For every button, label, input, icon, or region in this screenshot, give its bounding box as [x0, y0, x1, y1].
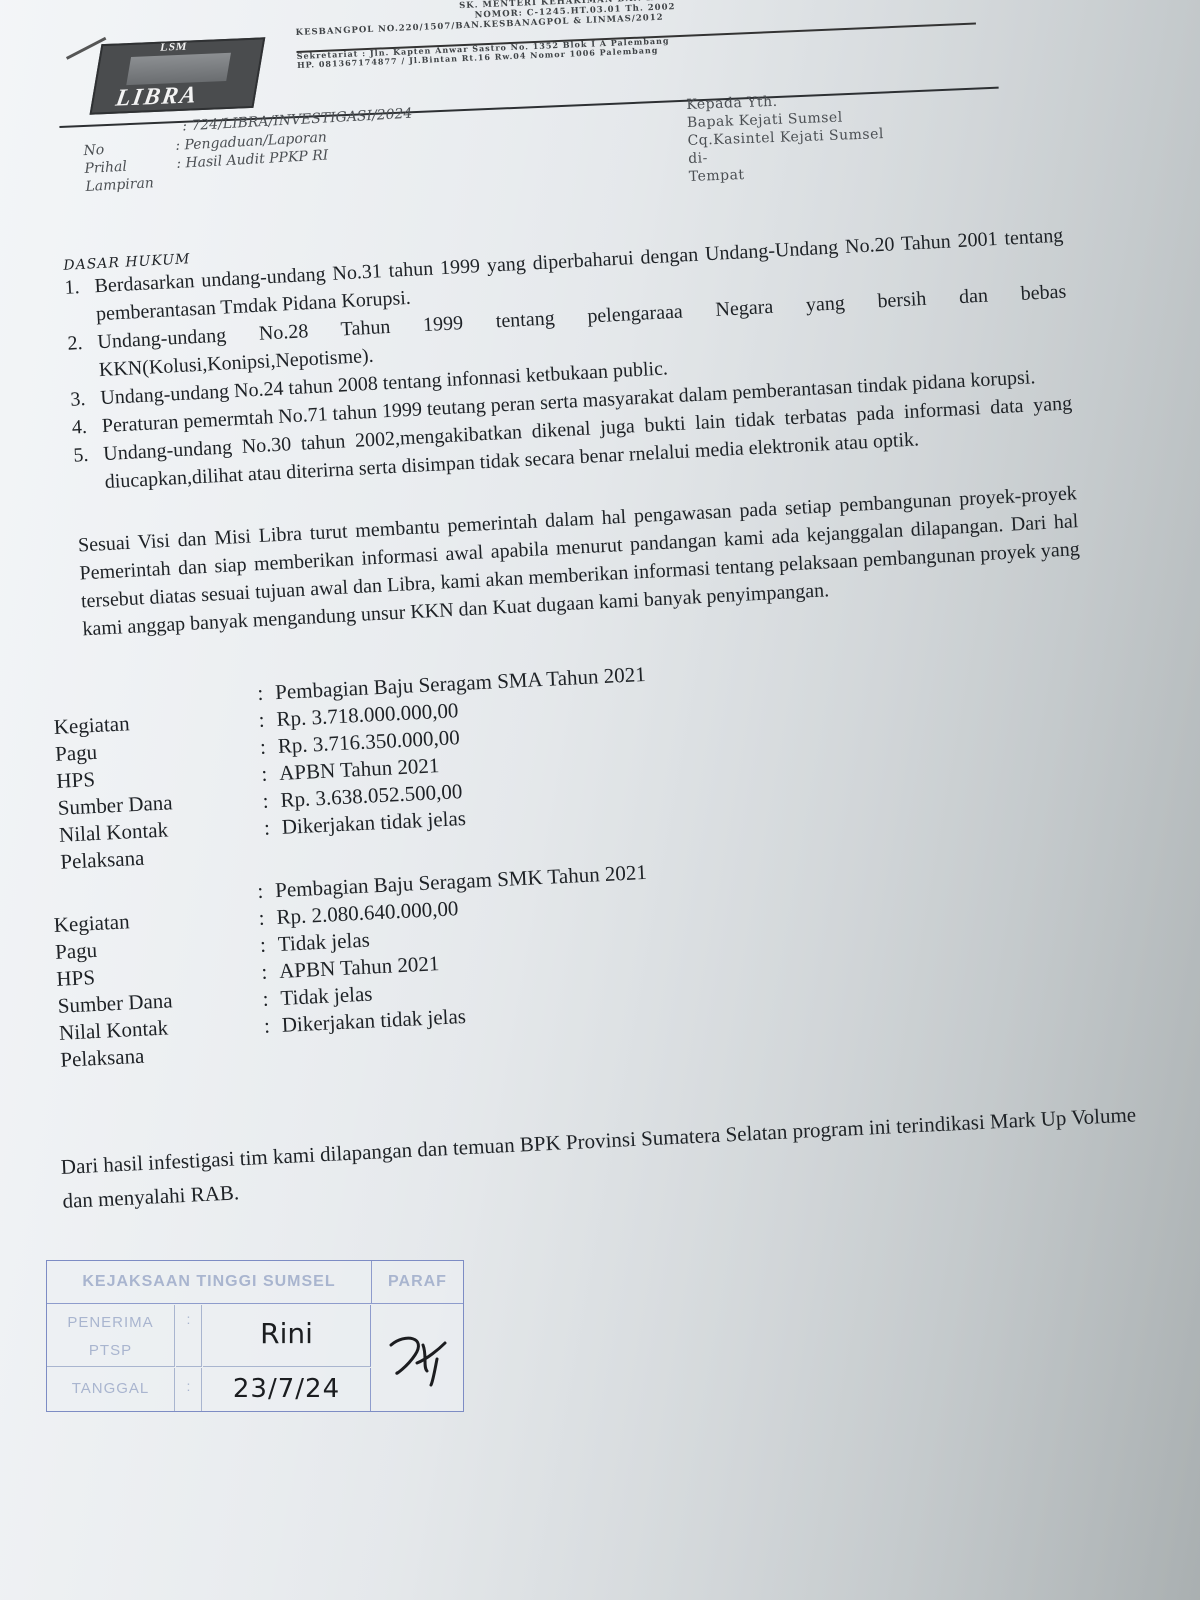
activity-block-smk: Kegiatan Pagu HPS Sumber Dana Nilal Kont… — [52, 854, 760, 1074]
item-number: 1. — [64, 272, 97, 329]
activity-values: :Pembagian Baju Seragam SMA Tahun 2021 :… — [257, 661, 654, 866]
letterhead-address: Sekretariat : Jln. Kapten Anwar Sastro N… — [297, 29, 837, 70]
stamp-penerima-label: PENERIMA PTSP — [47, 1305, 175, 1367]
stamp-colon: : — [176, 1305, 202, 1367]
letter-body: DASAR HUKUM 1.Berdasarkan undang-undang … — [60, 148, 1082, 644]
stamp-header: KEJAKSAAN TINGGI SUMSEL — [47, 1261, 372, 1304]
stamp-tanggal-value: 23/7/24 — [203, 1368, 371, 1411]
item-number: 2. — [67, 328, 100, 385]
logo-badge: LSM — [159, 41, 188, 54]
activity-block-sma: Kegiatan Pagu HPS Sumber Dana Nilal Kont… — [52, 656, 760, 876]
activity-labels: Kegiatan Pagu HPS Sumber Dana Nilal Kont… — [52, 878, 266, 1074]
activity-labels: Kegiatan Pagu HPS Sumber Dana Nilal Kont… — [52, 680, 266, 876]
activity-values: :Pembagian Baju Seragam SMK Tahun 2021 :… — [257, 859, 655, 1064]
logo-image — [126, 53, 231, 85]
receipt-stamp: KEJAKSAAN TINGGI SUMSEL PARAF PENERIMA P… — [46, 1260, 464, 1412]
item-number: 4. — [71, 412, 102, 442]
stamp-penerima-value: Rini — [203, 1305, 371, 1367]
stamp-colon: : — [176, 1368, 202, 1411]
paraf-signature-icon — [372, 1305, 463, 1411]
item-number: 5. — [73, 440, 106, 497]
item-number: 3. — [70, 384, 101, 414]
stamp-paraf-header: PARAF — [372, 1261, 463, 1304]
stamp-tanggal-label: TANGGAL — [47, 1368, 175, 1411]
